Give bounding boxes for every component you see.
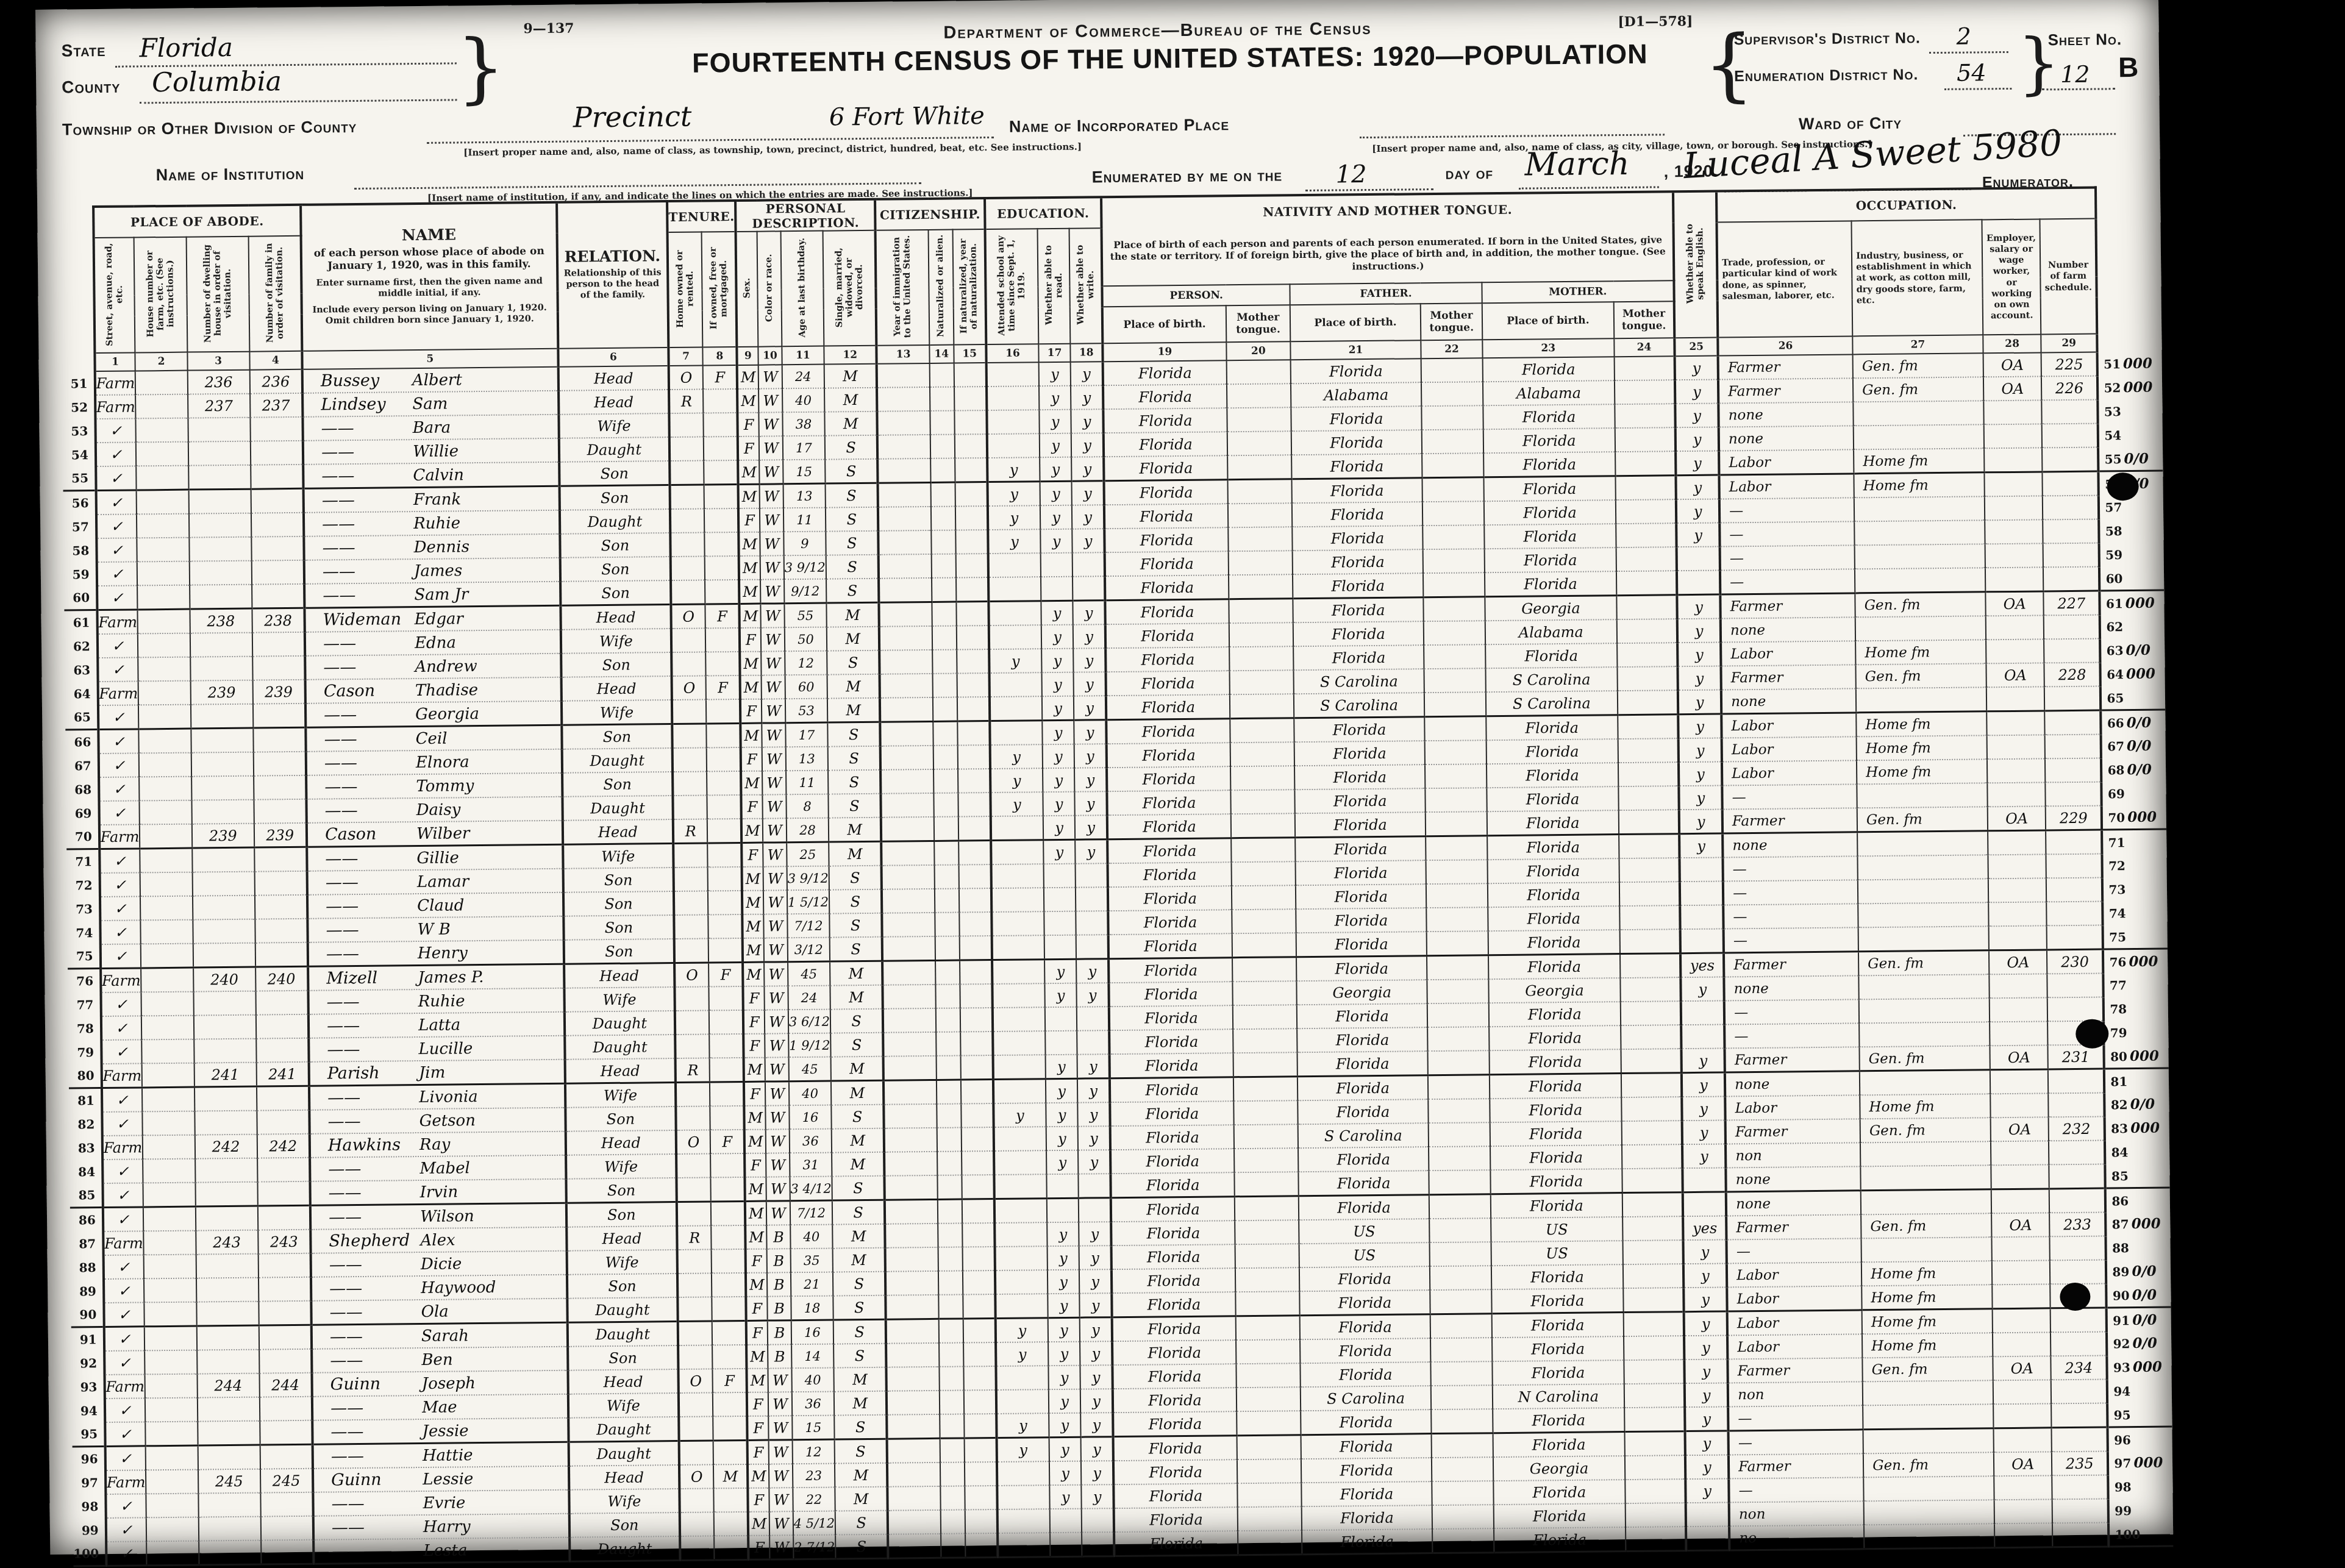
col-number: 5 [302, 349, 558, 369]
cell-able-write: y [1077, 1054, 1110, 1078]
line-number-right: 78 [2104, 996, 2168, 1021]
cell-sex: F [747, 1392, 768, 1416]
cell-mt-person [1227, 407, 1291, 432]
cell-occupation: — [1728, 1405, 1863, 1431]
cell-speak-english: y [1685, 1383, 1728, 1407]
cell-pob-mother: US [1491, 1241, 1623, 1266]
cell-surname: —— [323, 633, 415, 653]
cell-house-number [135, 371, 188, 395]
cell-relation: Son [569, 1513, 680, 1538]
cell-naturalized [932, 674, 957, 697]
cell-mt-father [1421, 358, 1483, 382]
cell-relation: Wife [564, 987, 675, 1012]
form-code-left: 9—137 [523, 21, 574, 37]
cell-home-owned: O [669, 366, 703, 390]
cell-able-read: y [1048, 1294, 1079, 1318]
cell-given-name: James [414, 561, 463, 580]
cell-pob-mother: Florida [1484, 476, 1616, 502]
cell-free-mortgaged: F [710, 1130, 744, 1154]
line-number-right: 79 [2104, 1020, 2169, 1044]
cell-occupation: — [1724, 1023, 1859, 1048]
cell-able-read [1041, 577, 1073, 601]
cell-name: ——Henry [308, 940, 564, 967]
cell-naturalization-year [957, 721, 990, 746]
cell-free-mortgaged [711, 1225, 745, 1250]
cell-marital: M [835, 1487, 888, 1511]
cell-attended-school [988, 601, 1041, 625]
cell-employer [1985, 472, 2043, 496]
cell-able-write: y [1074, 696, 1106, 720]
cell-free-mortgaged [710, 1153, 744, 1178]
cell-mt-father [1427, 1027, 1489, 1051]
cell-pob-father: Florida [1299, 1266, 1430, 1291]
cell-name: ——Georgia [305, 701, 562, 728]
cell-race: W [761, 651, 785, 675]
cell-naturalized [930, 411, 954, 435]
cell-attended-school: y [996, 1438, 1049, 1462]
cell-house-number [139, 777, 191, 801]
cell-naturalization-year [958, 793, 990, 817]
line-number-left: 83 [70, 1136, 102, 1160]
col-industry: Industry, business, or establishment in … [1852, 219, 1983, 336]
cell-race: W [763, 843, 787, 867]
cell-age: 50 [785, 627, 827, 652]
cell-race: W [769, 1511, 793, 1535]
cell-pob-mother: Florida [1491, 1264, 1623, 1289]
cell-speak-english: y [1676, 427, 1719, 452]
cell-pob-person: Florida [1112, 1244, 1235, 1269]
cell-immigration-year [882, 865, 935, 889]
cell-naturalization-year [964, 1414, 996, 1438]
cell-pob-mother: Florida [1487, 786, 1618, 811]
cell-sex: F [740, 628, 761, 652]
margin-annotation: 0/0 [2132, 1335, 2157, 1352]
cell-home-owned [677, 1273, 712, 1297]
cell-mt-father [1431, 1385, 1493, 1409]
cell-farm-schedule: 232 [2049, 1117, 2105, 1141]
cell-house-number [140, 800, 192, 825]
cell-industry: Home fm [1854, 472, 1985, 498]
line-number-left: 100 [73, 1542, 106, 1566]
cell-attended-school [993, 1079, 1046, 1103]
cell-able-read: y [1049, 1485, 1081, 1509]
line-number-right: 80000 [2104, 1044, 2169, 1069]
cell-mt-person [1230, 694, 1294, 719]
cell-house-number [141, 944, 193, 968]
cell-given-name: Mabel [419, 1159, 470, 1178]
line-number: 79 [2110, 1025, 2127, 1040]
cell-mt-person [1232, 909, 1296, 933]
township-value: Precinct [573, 100, 691, 134]
cell-house-number [142, 1087, 195, 1111]
cell-surname: —— [322, 490, 413, 510]
cell-sex: M [747, 1369, 768, 1392]
cell-house-number [139, 753, 191, 777]
line-number: 99 [2115, 1503, 2132, 1518]
cell-name: ——Calvin [303, 462, 559, 489]
census-grid: PLACE OF ABODE. NAME of each person whos… [60, 186, 2173, 1567]
cell-pob-mother: S Carolina [1486, 667, 1618, 692]
cell-street: ✓ [101, 1016, 142, 1040]
cell-relation: Son [560, 557, 671, 582]
cell-family-number [252, 656, 305, 680]
cell-mt-mother [1618, 762, 1679, 786]
cell-able-write [1077, 1007, 1109, 1031]
cell-immigration-year [877, 363, 930, 388]
line-number-left: 88 [71, 1255, 104, 1280]
cell-street: ✓ [102, 1088, 143, 1112]
cell-relation: Son [561, 652, 672, 677]
cell-pob-person: Florida [1113, 1364, 1237, 1389]
cell-naturalized [930, 435, 955, 458]
cell-age: 40 [791, 1368, 834, 1392]
margin-annotation: 000 [2131, 1216, 2160, 1232]
cell-surname: Cason [324, 681, 415, 700]
col-number: 9 [737, 347, 758, 365]
col-mt-father: Mother tongue. [1421, 303, 1482, 340]
cell-dwelling-number [197, 1350, 259, 1374]
cell-occupation: none [1724, 975, 1858, 1000]
cell-given-name: Mae [422, 1398, 457, 1417]
cell-race: W [765, 986, 788, 1010]
cell-race: W [764, 938, 788, 962]
col-pob-father: Place of birth. [1290, 304, 1421, 341]
cell-street: ✓ [106, 1541, 147, 1566]
cell-immigration-year [886, 1319, 939, 1343]
cell-naturalization-year [954, 410, 987, 435]
cell-house-number [145, 1326, 197, 1350]
cell-able-read: y [1043, 768, 1074, 792]
cell-farm-schedule [2046, 782, 2102, 807]
cell-naturalized [939, 1342, 963, 1366]
cell-able-write: y [1078, 1150, 1110, 1174]
cell-dwelling-number: 237 [188, 394, 250, 418]
cell-employer [1986, 639, 2044, 663]
cell-home-owned [677, 1177, 711, 1202]
line-number-right: 820/0 [2105, 1092, 2169, 1116]
cell-street: ✓ [99, 800, 140, 825]
cell-house-number [138, 609, 190, 633]
cell-pob-father: Florida [1295, 860, 1426, 885]
cell-surname: Mizell [326, 968, 418, 988]
cell-house-number [137, 514, 189, 538]
cell-naturalized [932, 602, 956, 626]
cell-farm-schedule: 227 [2044, 591, 2101, 615]
cell-surname: —— [329, 1255, 421, 1274]
cell-pob-mother: Florida [1490, 1169, 1622, 1194]
cell-relation: Daught [567, 1321, 678, 1346]
cell-mt-mother [1619, 834, 1680, 858]
cell-age: 28 [787, 818, 829, 843]
cell-employer [1984, 400, 2042, 424]
cell-given-name: Irvin [420, 1183, 459, 1202]
cell-naturalized [932, 650, 957, 674]
cell-farm-schedule [2044, 686, 2101, 711]
cell-house-number [137, 490, 189, 514]
cell-pob-person: Florida [1103, 384, 1227, 409]
cell-age: 3 9/12 [784, 555, 827, 580]
cell-street: Farm [101, 968, 141, 992]
cell-speak-english: y [1677, 594, 1721, 619]
cell-industry [1864, 1500, 1994, 1525]
cell-sex: F [743, 986, 765, 1010]
cell-street: ✓ [103, 1207, 144, 1231]
cell-sex: F [741, 795, 763, 819]
cell-mt-father [1430, 1242, 1491, 1266]
cell-family-number: 238 [252, 608, 305, 632]
cell-occupation: Farmer [1718, 378, 1853, 403]
cell-immigration-year [883, 985, 936, 1009]
cell-able-write: y [1071, 362, 1103, 386]
cell-free-mortgaged [707, 795, 741, 819]
cell-attended-school: y [989, 649, 1042, 673]
cell-given-name: Harry [423, 1517, 471, 1536]
cell-able-read [1041, 553, 1073, 577]
cell-occupation: Labor [1727, 1310, 1862, 1336]
cell-pob-father: Florida [1293, 549, 1424, 574]
cell-age: 55 [784, 603, 827, 627]
cell-marital: M [830, 961, 883, 985]
line-number-right: 60 [2099, 566, 2164, 591]
cell-pob-father: Florida [1294, 788, 1426, 813]
institution-label: Name of Institution [155, 165, 304, 185]
cell-free-mortgaged [709, 986, 743, 1011]
cell-naturalization-year [958, 841, 991, 865]
cell-free-mortgaged [704, 437, 738, 461]
cell-pob-mother: N Carolina [1493, 1384, 1624, 1409]
cell-mt-father [1430, 1314, 1492, 1338]
cell-dwelling-number [191, 728, 253, 752]
cell-name: ——Latta [309, 1012, 565, 1038]
cell-mt-mother [1614, 356, 1675, 380]
cell-pob-person: Florida [1104, 432, 1227, 457]
cell-free-mortgaged [705, 556, 739, 580]
cell-free-mortgaged [711, 1201, 745, 1225]
cell-farm-schedule [2044, 615, 2101, 640]
cell-attended-school [991, 911, 1044, 936]
cell-mt-mother [1621, 1097, 1682, 1121]
line-number-left: 59 [64, 562, 97, 586]
cell-mt-mother [1616, 547, 1677, 571]
cell-mt-mother [1618, 738, 1679, 763]
cell-mt-father [1422, 525, 1484, 549]
cell-mt-person [1230, 742, 1294, 766]
line-number: 65 [2107, 691, 2124, 705]
line-number-left: 66 [65, 730, 98, 754]
cell-sex: M [743, 938, 764, 963]
cell-attended-school [992, 960, 1045, 984]
line-number-right: 74 [2103, 901, 2168, 925]
cell-able-write: y [1073, 648, 1105, 672]
cell-pob-person: Florida [1105, 623, 1229, 648]
cell-naturalized [934, 817, 958, 841]
line-number-right: 670/0 [2101, 734, 2166, 758]
cell-speak-english: y [1678, 666, 1721, 691]
cell-family-number [254, 775, 307, 800]
cell-naturalized [937, 1080, 961, 1104]
cell-mt-father [1422, 477, 1484, 502]
cell-age: 3 9/12 [787, 866, 829, 891]
cell-name: ShepherdAlex [310, 1227, 566, 1253]
cell-able-write: y [1081, 1461, 1113, 1485]
cell-immigration-year [880, 746, 933, 770]
col-able-write: Whether able to write. [1069, 228, 1103, 344]
line-number-left: 64 [65, 682, 98, 706]
cell-dwelling-number: 236 [187, 370, 249, 394]
cell-dwelling-number [198, 1421, 260, 1445]
cell-pob-father: Florida [1301, 1409, 1432, 1435]
cell-mt-person [1226, 360, 1290, 384]
cell-sex: M [748, 1512, 769, 1536]
line-number-right: 87000 [2106, 1211, 2171, 1236]
cell-naturalized [940, 1509, 965, 1533]
relation-desc: Relationship of this person to the head … [559, 265, 667, 304]
cell-surname: —— [326, 944, 418, 963]
cell-given-name: Latta [418, 1016, 460, 1035]
cell-naturalization-year [960, 960, 992, 985]
cell-house-number [142, 1063, 195, 1088]
cell-pob-mother: Florida [1487, 835, 1619, 860]
cell-free-mortgaged [705, 532, 739, 557]
cell-family-number [255, 943, 308, 967]
cell-marital: M [831, 1057, 884, 1081]
cell-race: W [769, 1464, 793, 1488]
cell-surname: —— [327, 992, 418, 1011]
cell-marital: S [830, 937, 883, 961]
cell-industry: Gen. fm [1863, 1452, 1994, 1477]
cell-pob-mother: S Carolina [1486, 691, 1618, 716]
cell-able-read [1050, 1533, 1082, 1557]
cell-immigration-year [886, 1295, 939, 1319]
cell-pob-father: Florida [1301, 1481, 1432, 1506]
cell-naturalization-year [955, 530, 988, 554]
cell-occupation: none [1719, 426, 1854, 451]
cell-able-write: y [1080, 1413, 1113, 1437]
cell-occupation: — [1727, 1238, 1861, 1263]
cell-name: ——Tommy [306, 773, 562, 799]
cell-speak-english: y [1682, 1096, 1726, 1121]
cell-pob-person: Florida [1105, 575, 1229, 600]
line-number-right: 99 [2108, 1498, 2173, 1522]
cell-naturalization-year [960, 1032, 993, 1056]
cell-age: 35 [790, 1249, 833, 1273]
cell-farm-schedule [2050, 1236, 2107, 1260]
cell-name: ——Dicie [311, 1251, 567, 1277]
cell-surname: —— [329, 1207, 420, 1227]
cell-naturalization-year [962, 1223, 994, 1247]
cell-pob-person: Florida [1104, 455, 1227, 480]
cell-occupation: Labor [1727, 1334, 1862, 1359]
cell-street: Farm [95, 394, 136, 419]
cell-mt-mother [1625, 1503, 1686, 1527]
cell-mt-father [1424, 644, 1485, 669]
cell-pob-father: Florida [1298, 1147, 1429, 1172]
cell-speak-english [1686, 1502, 1729, 1527]
cell-mt-person [1237, 1387, 1301, 1411]
cell-attended-school [993, 1007, 1046, 1032]
cell-speak-english: y [1678, 690, 1721, 715]
cell-naturalized [931, 554, 955, 578]
cell-family-number [253, 704, 306, 728]
line-number-left: 68 [66, 777, 99, 802]
line-number-right: 95 [2108, 1402, 2172, 1427]
cell-surname: —— [326, 896, 417, 916]
cell-home-owned [679, 1392, 713, 1417]
cell-farm-schedule [2052, 1475, 2108, 1499]
cell-speak-english: y [1680, 833, 1723, 858]
cell-mt-person [1236, 1339, 1300, 1364]
cell-pob-person: Florida [1106, 671, 1230, 696]
cell-relation: Daught [568, 1417, 679, 1442]
cell-mt-mother [1621, 1049, 1682, 1073]
col-free-mortgaged: If owned, free or mortgaged. [702, 232, 737, 347]
col-able-read: Whether able to read. [1038, 229, 1071, 344]
cell-race: W [761, 604, 785, 628]
cell-naturalized [932, 626, 957, 650]
cell-mt-mother [1616, 523, 1677, 547]
cell-pob-person: Florida [1110, 1077, 1233, 1102]
cell-age: 1 5/12 [787, 890, 830, 914]
cell-immigration-year [888, 1510, 941, 1534]
cell-relation: Son [560, 533, 671, 558]
cell-mt-person [1231, 838, 1295, 863]
cell-mt-mother [1624, 1407, 1685, 1431]
cell-dwelling-number [196, 1302, 259, 1326]
cell-immigration-year [880, 674, 933, 698]
line-number: 84 [2111, 1145, 2128, 1160]
cell-free-mortgaged: F [708, 962, 743, 986]
cell-family-number [255, 991, 309, 1015]
cell-family-number [259, 1277, 312, 1302]
cell-relation: Son [567, 1274, 678, 1299]
cell-mt-mother [1624, 1383, 1685, 1408]
cell-free-mortgaged [705, 628, 740, 652]
cell-farm-schedule [2044, 710, 2101, 735]
cell-speak-english: y [1676, 451, 1719, 476]
cell-house-number [140, 824, 192, 849]
cell-naturalization-year [963, 1270, 995, 1295]
cell-pob-mother: Florida [1483, 404, 1615, 429]
cell-mt-father [1422, 429, 1483, 454]
cell-industry: Gen. fm [1856, 663, 1986, 688]
cell-dwelling-number [192, 872, 254, 896]
cell-able-read: y [1041, 625, 1073, 649]
cell-surname: —— [330, 1398, 422, 1417]
cell-relation: Wife [562, 700, 673, 725]
cell-race: W [760, 508, 783, 532]
cell-able-read: y [1040, 529, 1072, 553]
cell-surname: —— [327, 1088, 419, 1107]
cell-immigration-year [885, 1247, 938, 1272]
cell-occupation: — [1720, 569, 1855, 594]
cell-speak-english [1683, 1167, 1726, 1192]
cell-dwelling-number [193, 896, 255, 920]
cell-pob-father: Florida [1296, 932, 1427, 957]
cell-marital: M [824, 412, 877, 436]
cell-surname: —— [321, 418, 413, 438]
line-number: 59 [2105, 547, 2122, 562]
cell-race: W [758, 388, 782, 412]
cell-able-read [1044, 935, 1076, 960]
cell-given-name: Dennis [413, 538, 469, 557]
cell-mt-person [1236, 1363, 1300, 1388]
cell-relation: Head [559, 390, 669, 415]
cell-given-name: Joseph [422, 1374, 476, 1393]
cell-family-number: 242 [257, 1134, 310, 1158]
line-number-right: 660/0 [2101, 710, 2166, 735]
cell-mt-father [1431, 1409, 1493, 1433]
cell-age: 40 [789, 1081, 832, 1105]
